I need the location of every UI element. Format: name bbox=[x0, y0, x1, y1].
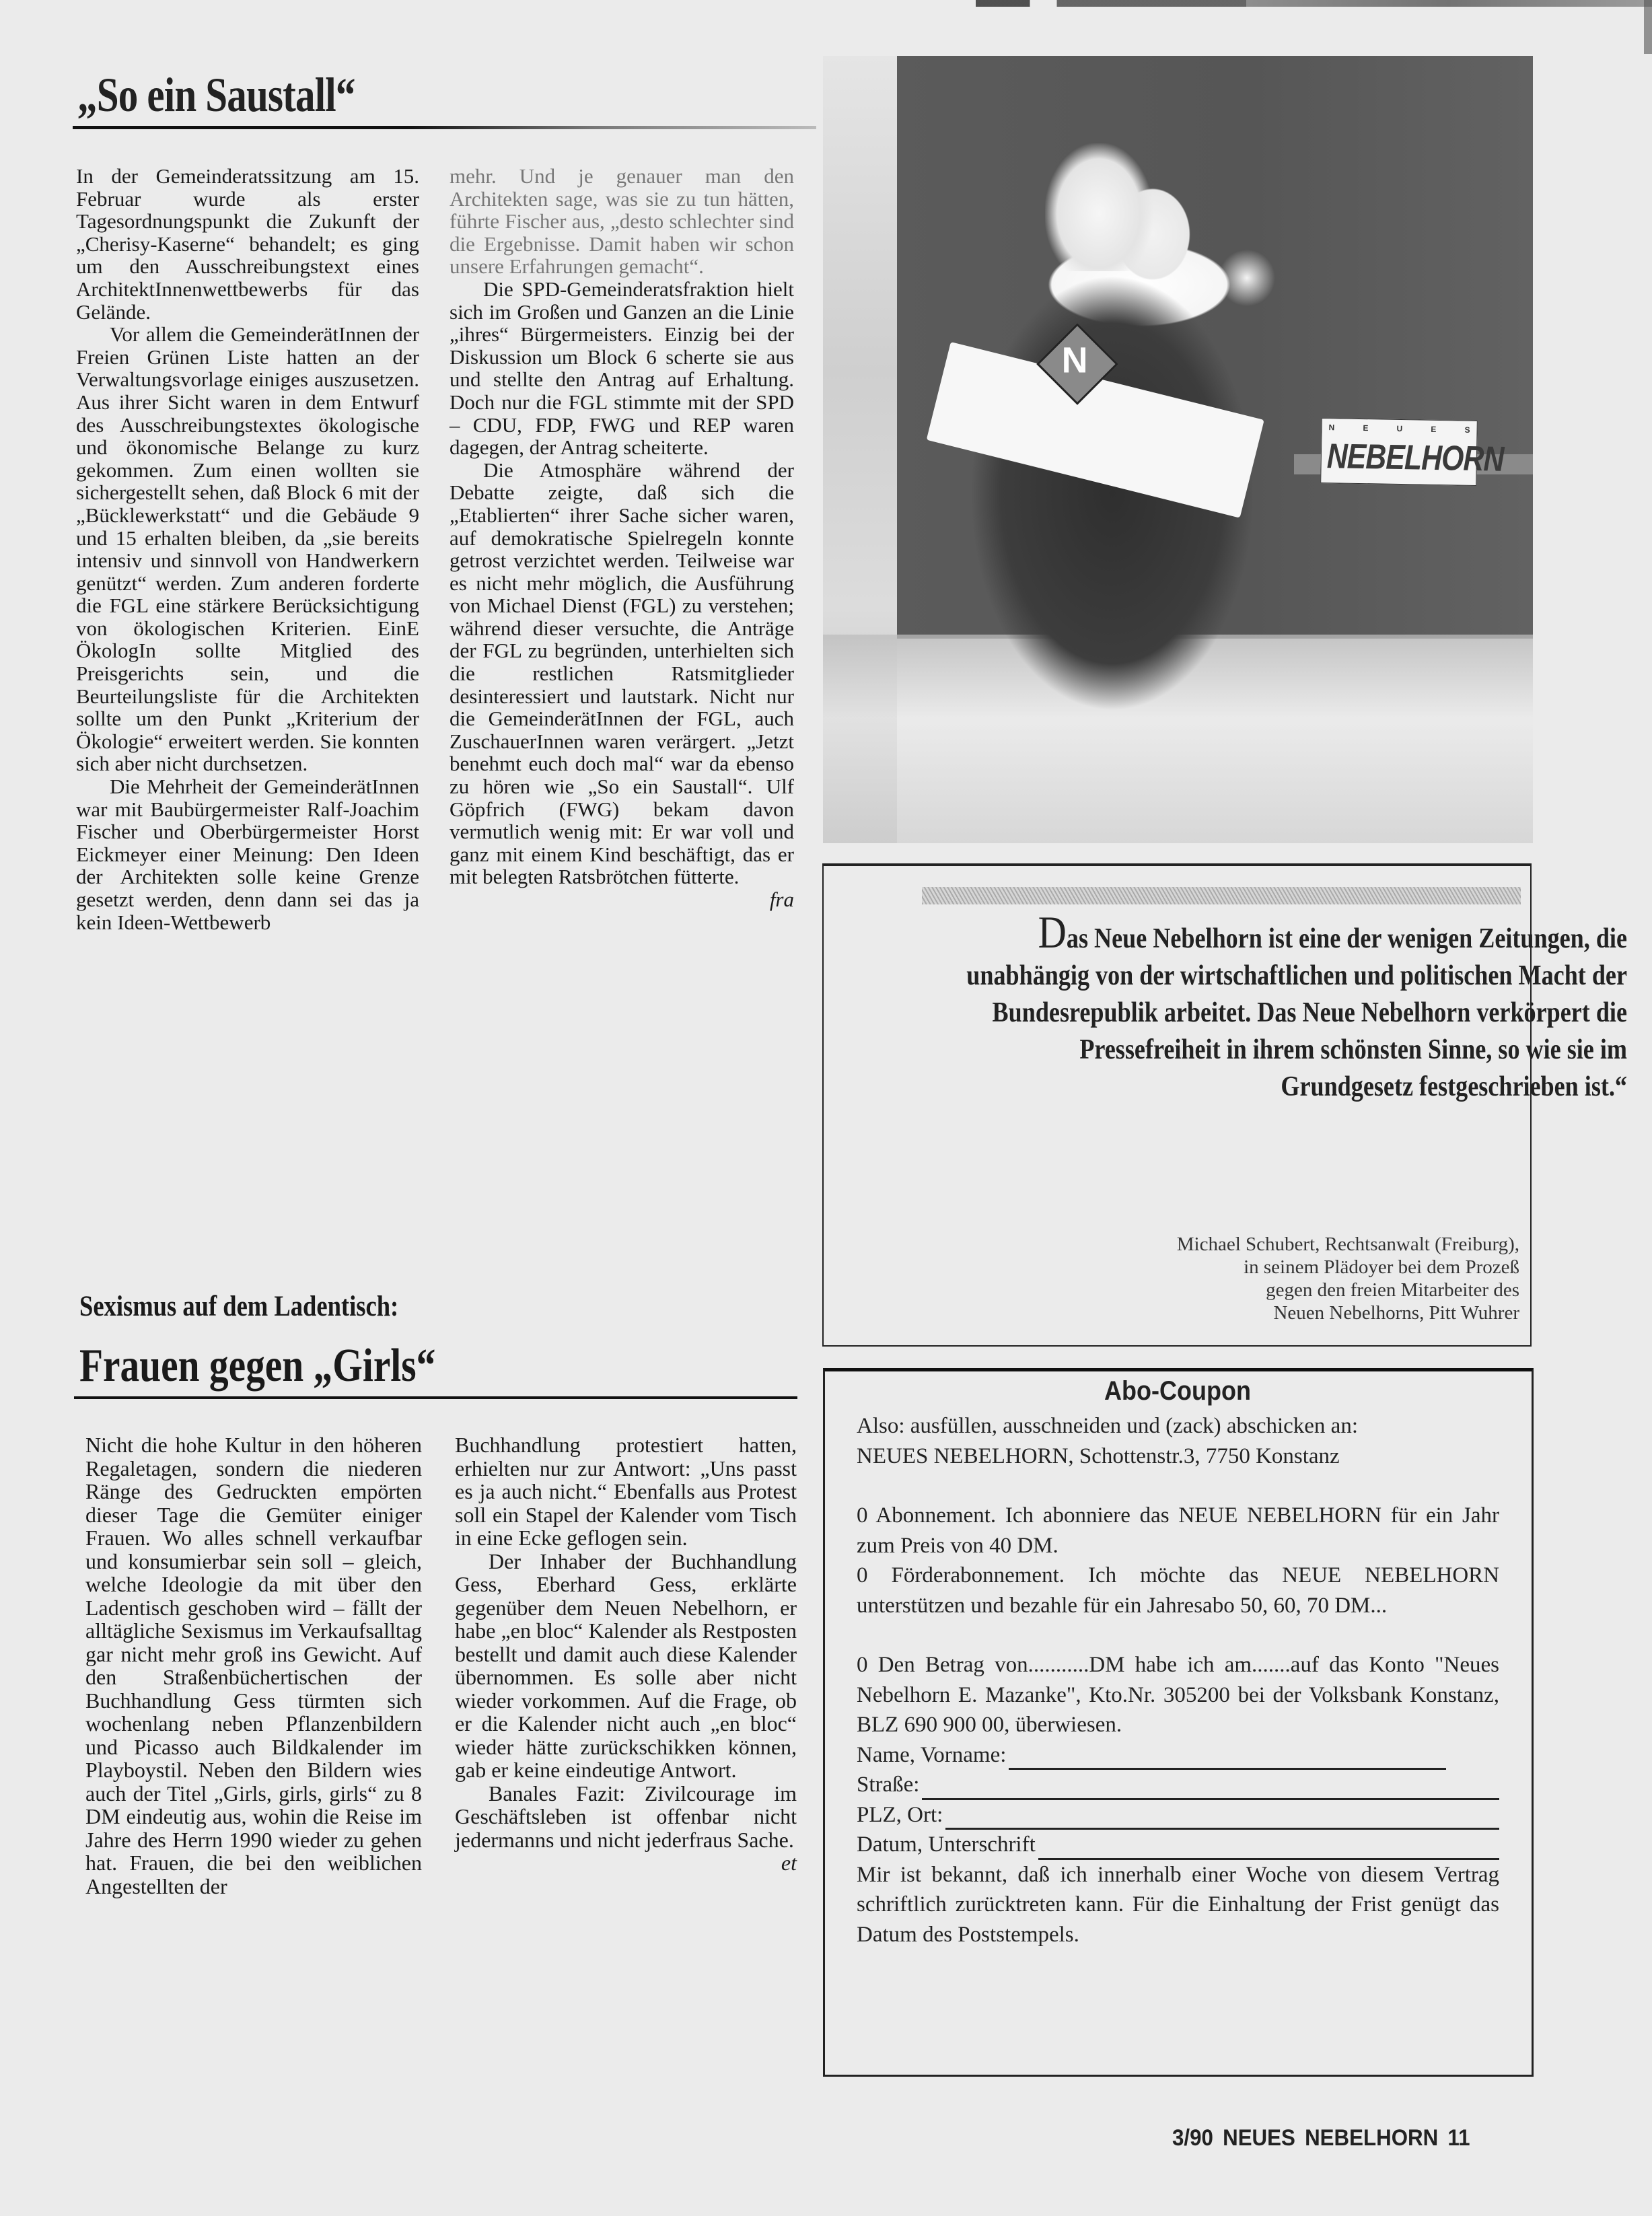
article2-column-2: Buchhandlung protestiert hatten, erhielt… bbox=[455, 1433, 797, 1875]
article2-kicker: Sexismus auf dem Ladentisch: bbox=[79, 1290, 398, 1323]
headline-rule bbox=[74, 1396, 797, 1399]
paragraph: Die Mehrheit der GemeinderätInnen war mi… bbox=[76, 775, 419, 933]
top-edge-bleed bbox=[976, 0, 1652, 7]
article2-column-1: Nicht die hohe Kultur in den höheren Reg… bbox=[85, 1433, 422, 1898]
decorative-hatch-bar bbox=[922, 887, 1521, 904]
zip-city-field[interactable]: PLZ, Ort: bbox=[857, 1800, 1499, 1830]
signature-input-line[interactable] bbox=[1038, 1839, 1499, 1860]
publication-name: NEUES NEBELHORN bbox=[1223, 2125, 1438, 2151]
street-input-line[interactable] bbox=[922, 1779, 1499, 1800]
paragraph: In der Gemeinderatssitzung am 15. Februa… bbox=[76, 165, 419, 323]
page-footer: 3/90 NEUES NEBELHORN 11 bbox=[1172, 2125, 1470, 2151]
sign-title: NEBELHORN bbox=[1326, 436, 1504, 480]
paragraph: Die Atmosphäre während der Debatte zeigt… bbox=[450, 459, 794, 888]
paragraph: Nicht die hohe Kultur in den höheren Reg… bbox=[85, 1433, 422, 1898]
nebelhorn-sign: NEUES NEBELHORN bbox=[1320, 418, 1478, 486]
paragraph-faded: mehr. Und je genauer man den Architekten… bbox=[450, 165, 794, 278]
coupon-body: Also: ausfüllen, ausschneiden und (zack)… bbox=[857, 1411, 1499, 1950]
paragraph-text: Banales Fazit: Zivilcourage im Geschäfts… bbox=[455, 1781, 797, 1852]
name-input-line[interactable] bbox=[1009, 1749, 1446, 1770]
quote-attribution: Michael Schubert, Rechtsanwalt (Freiburg… bbox=[942, 1233, 1519, 1324]
paragraph-text: Die Atmosphäre während der Debatte zeigt… bbox=[450, 458, 794, 889]
photo-head bbox=[1045, 143, 1153, 271]
issue-number: 3/90 bbox=[1172, 2125, 1213, 2151]
article2-headline: Frauen gegen „Girls“ bbox=[79, 1339, 435, 1393]
option-bank-transfer[interactable]: 0 Den Betrag von...........DM habe ich a… bbox=[857, 1650, 1499, 1740]
reader-photo: N NEUES NEBELHORN bbox=[823, 56, 1533, 843]
name-field[interactable]: Name, Vorname: bbox=[857, 1740, 1499, 1771]
pull-quote: Das Neue Nebelhorn ist eine der wenigen … bbox=[840, 919, 1519, 1106]
paragraph: Der Inhaber der Buchhandlung Gess, Eberh… bbox=[455, 1550, 797, 1782]
coupon-address: NEUES NEBELHORN, Schottenstr.3, 7750 Kon… bbox=[857, 1441, 1499, 1472]
paragraph: Vor allem die GemeinderätInnen der Freie… bbox=[76, 323, 419, 775]
coupon-disclaimer: Mir ist bekannt, daß ich innerhalb einer… bbox=[857, 1860, 1499, 1950]
street-field[interactable]: Straße: bbox=[857, 1770, 1499, 1800]
author-signature: et bbox=[748, 1851, 797, 1875]
paragraph: Buchhandlung protestiert hatten, erhielt… bbox=[455, 1433, 797, 1550]
date-signature-field[interactable]: Datum, Unterschrift bbox=[857, 1830, 1499, 1860]
article1-column-1: In der Gemeinderatssitzung am 15. Februa… bbox=[76, 165, 419, 933]
sign-small-letters: NEUES bbox=[1328, 423, 1470, 435]
option-subscription[interactable]: 0 Abonnement. Ich abonniere das NEUE NEB… bbox=[857, 1501, 1499, 1561]
page-number: 11 bbox=[1447, 2125, 1470, 2151]
paragraph: Banales Fazit: Zivilcourage im Geschäfts… bbox=[455, 1782, 797, 1852]
dropcap: D bbox=[1038, 906, 1067, 958]
option-support-subscription[interactable]: 0 Förderabonnement. Ich möchte das NEUE … bbox=[857, 1561, 1499, 1620]
coupon-intro: Also: ausfüllen, ausschneiden und (zack)… bbox=[857, 1411, 1499, 1441]
article1-column-2: mehr. Und je genauer man den Architekten… bbox=[450, 165, 794, 911]
headline-rule bbox=[73, 126, 816, 129]
right-edge-bleed bbox=[1644, 0, 1652, 54]
article1-headline: „So ein Saustall“ bbox=[77, 67, 355, 123]
zip-city-input-line[interactable] bbox=[945, 1809, 1499, 1830]
author-signature: fra bbox=[736, 888, 794, 911]
coupon-title: Abo-Coupon bbox=[863, 1376, 1493, 1406]
paragraph: Die SPD-Gemeinderatsfraktion hielt sich … bbox=[450, 278, 794, 459]
